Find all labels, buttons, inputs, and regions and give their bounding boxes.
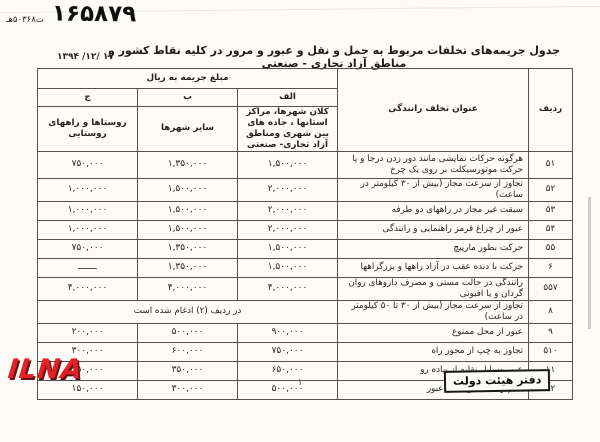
cell-fine-jim: ۷۵۰,۰۰۰ xyxy=(38,151,138,178)
cell-fine-be: ۱,۵۰۰,۰۰۰ xyxy=(138,220,238,239)
cell-radif: ۵۴ xyxy=(529,220,573,239)
table-row: ۵۱ هرگونه حرکات نمایشی مانند دور زدن درج… xyxy=(38,151,573,178)
fines-table-header: ردیف عنوان تخلف رانندگی مبلغ جریمه به ری… xyxy=(38,69,573,152)
cell-radif: ۹ xyxy=(529,323,573,342)
fines-table: ردیف عنوان تخلف رانندگی مبلغ جریمه به ری… xyxy=(37,68,573,400)
cell-violation: رانندگی در حالت مستی و مصرف داروهای روان… xyxy=(338,277,529,300)
table-row: ۵۵۷ رانندگی در حالت مستی و مصرف داروهای … xyxy=(38,277,573,300)
cell-violation: عبور از محل ممنوع xyxy=(338,323,529,342)
cell-fine-alef: ۲,۰۰۰,۰۰۰ xyxy=(238,201,338,220)
col-header-radif: ردیف xyxy=(529,69,573,152)
col-header-be: ب xyxy=(138,89,238,107)
col-desc-jim: روستاها و راههای روستایی xyxy=(38,107,138,152)
cell-fine-alef: ۲,۰۰۰,۰۰۰ xyxy=(238,178,338,201)
cell-fine-be: ۱,۳۵۰,۰۰۰ xyxy=(138,258,238,277)
cell-fine-jim: ۱,۰۰۰,۰۰۰ xyxy=(38,220,138,239)
cabinet-office-stamp: دفتر هیئت دولت xyxy=(443,369,550,393)
cell-radif: ۵۳ xyxy=(529,201,573,220)
cell-violation: عبور از چراغ قرمز راهنمایی و رانندگی xyxy=(338,220,529,239)
cell-violation: حرکت با دنده عقب در آزاد راهها و بزرگراه… xyxy=(338,258,529,277)
cell-fine-alef: ۲,۰۰۰,۰۰۰ xyxy=(238,220,338,239)
document-date: ۱۷ /۱۲/ ۱۳۹۴ xyxy=(57,52,114,62)
table-row: ۵۳ سبقت غیر مجاز در راههای دو طرفه ۲,۰۰۰… xyxy=(38,201,573,220)
cell-fine-jim: ۱,۰۰۰,۰۰۰ xyxy=(38,201,138,220)
col-header-alef: الف xyxy=(238,89,338,107)
cell-radif: ۶ xyxy=(529,258,573,277)
col-desc-be: سایر شهرها xyxy=(138,107,238,152)
cell-violation: هرگونه حرکات نمایشی مانند دور زدن درجا و… xyxy=(338,151,529,178)
fines-table-body: ۵۱ هرگونه حرکات نمایشی مانند دور زدن درج… xyxy=(38,151,573,399)
cell-violation: حرکت بطور مارپیچ xyxy=(338,239,529,258)
cell-radif: ۸ xyxy=(529,300,573,323)
cell-fine-alef: ۷۵۰,۰۰۰ xyxy=(238,342,338,361)
table-row: ۹ عبور از محل ممنوع ۹۰۰,۰۰۰ ۵۰۰,۰۰۰ ۲۰۰,… xyxy=(38,323,573,342)
table-row: ۵۵ حرکت بطور مارپیچ ۱,۵۰۰,۰۰۰ ۱,۳۵۰,۰۰۰ … xyxy=(38,239,573,258)
ilna-watermark-logo: ILNA xyxy=(6,354,84,385)
cell-fine-jim: ۲۰۰,۰۰۰ xyxy=(38,323,138,342)
scanned-document-page: ت۵۰۳۶۸هـ ۱۶۵۸۷۹ جدول جریمه‌های تخلفات مر… xyxy=(0,0,600,442)
cell-radif: ۵۵۷ xyxy=(529,277,573,300)
cell-fine-jim: ۷۵۰,۰۰۰ xyxy=(38,239,138,258)
cell-radif: ۵۱۰ xyxy=(529,342,573,361)
col-header-amount-group: مبلغ جریمه به ریال xyxy=(38,69,338,89)
cell-fine-be: ۴,۰۰۰,۰۰۰ xyxy=(138,277,238,300)
cell-fine-be: ۱,۳۵۰,۰۰۰ xyxy=(138,239,238,258)
cell-radif: ۵۲ xyxy=(529,178,573,201)
cell-fine-be: ۶۰۰,۰۰۰ xyxy=(138,342,238,361)
cell-fine-be: ۱,۵۰۰,۰۰۰ xyxy=(138,201,238,220)
cell-fine-be: ۵۰۰,۰۰۰ xyxy=(138,323,238,342)
cell-fine-alef: ۹۰۰,۰۰۰ xyxy=(238,323,338,342)
scan-edge-artifact xyxy=(588,197,591,329)
cell-radif: ۵۵ xyxy=(529,239,573,258)
table-row: ۵۴ عبور از چراغ قرمز راهنمایی و رانندگی … xyxy=(38,220,573,239)
cell-fine-alef: ۱,۵۰۰,۰۰۰ xyxy=(238,151,338,178)
cell-violation: تجاوز از سرعت مجاز (بیش از ۳۰ تا ۵۰ کیلو… xyxy=(338,300,529,323)
cell-merged-note: در ردیف (۲) ادغام شده است xyxy=(38,300,338,323)
cell-fine-jim: ۱,۰۰۰,۰۰۰ xyxy=(38,178,138,201)
table-row: ۵۲ تجاوز از سرعت مجاز (بیش از ۳۰ کیلومتر… xyxy=(38,178,573,201)
cell-violation: تجاوز از سرعت مجاز (بیش از ۳۰ کیلومتر در… xyxy=(338,178,529,201)
cell-violation: سبقت غیر مجاز در راههای دو طرفه xyxy=(338,201,529,220)
table-row-merged: ۸ تجاوز از سرعت مجاز (بیش از ۳۰ تا ۵۰ کی… xyxy=(38,300,573,323)
document-title: جدول جریمه‌های تخلفات مربوط به حمل و نقل… xyxy=(93,44,575,70)
col-desc-alef: کلان شهرها، مراکز استانها ، جاده های بین… xyxy=(238,107,338,152)
cell-violation: تجاوز به چپ از محور راه xyxy=(338,342,529,361)
cell-fine-alef: ۱,۵۰۰,۰۰۰ xyxy=(238,258,338,277)
col-header-violation: عنوان تخلف رانندگی xyxy=(338,69,529,152)
decree-number-handwritten: ۱۶۵۸۷۹ xyxy=(52,1,137,28)
cell-fine-alef: ۱,۵۰۰,۰۰۰ xyxy=(238,239,338,258)
cell-fine-alef: ۴,۰۰۰,۰۰۰ xyxy=(238,277,338,300)
cell-fine-be: ۱,۵۰۰,۰۰۰ xyxy=(138,178,238,201)
cell-fine-jim: ـــــــ xyxy=(38,258,138,277)
table-row: ۶ حرکت با دنده عقب در آزاد راهها و بزرگر… xyxy=(38,258,573,277)
header-row-group: ردیف عنوان تخلف رانندگی مبلغ جریمه به ری… xyxy=(38,69,573,89)
cell-fine-be: ۱,۳۵۰,۰۰۰ xyxy=(138,151,238,178)
decree-ref-printed: ت۵۰۳۶۸هـ xyxy=(6,15,44,25)
table-row: ۵۱۰ تجاوز به چپ از محور راه ۷۵۰,۰۰۰ ۶۰۰,… xyxy=(38,342,573,361)
col-header-jim: ج xyxy=(38,89,138,107)
cell-fine-jim: ۴,۰۰۰,۰۰۰ xyxy=(38,277,138,300)
cell-radif: ۵۱ xyxy=(529,151,573,178)
